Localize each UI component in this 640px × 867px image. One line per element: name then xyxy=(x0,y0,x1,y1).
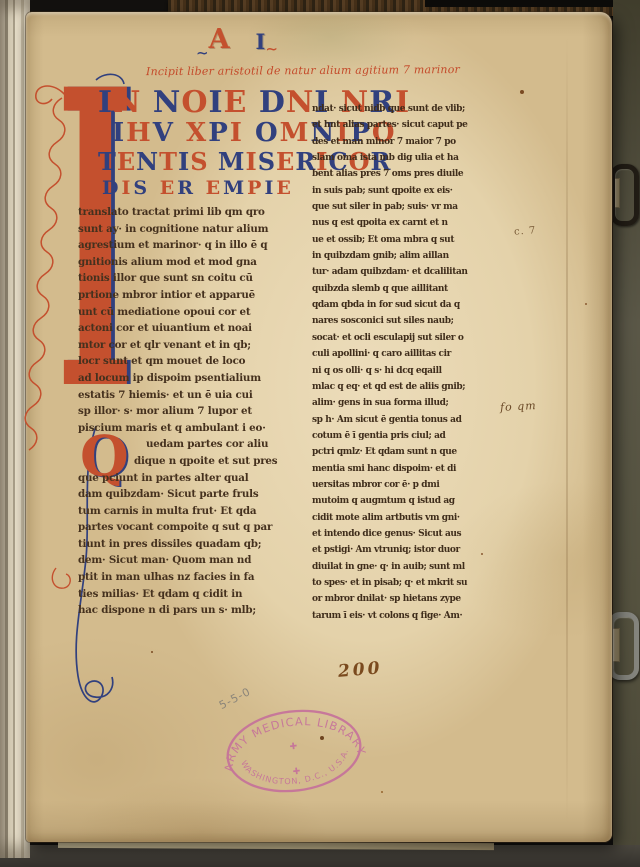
background-right xyxy=(613,0,640,852)
manuscript-line: nus q est qpoita ex carnt et n xyxy=(312,215,472,231)
manuscript-line: ni q os olli· q s· hi dcq eqaill xyxy=(312,363,472,379)
manuscript-line: qdam qbda in for sud sicut da q xyxy=(312,297,472,313)
manuscript-line: sp h· Am sicut ē gentia tonus ad xyxy=(312,412,472,428)
manuscript-line: diuilat in gne· q· in auib; sunt ml xyxy=(312,559,472,575)
manuscript-line: socat· et ocli esculapij sut siler o xyxy=(312,330,472,346)
display-capital-line: IN NOIE DNI NRI xyxy=(98,86,348,119)
text-column-right: ndat· sicut nidb que sunt de vlib;et hnt… xyxy=(312,101,472,624)
manuscript-line: et hnt alias partes· sicut caput pe xyxy=(312,117,472,133)
ornament-letter-i: I∼ xyxy=(256,26,278,47)
folio-number: 200 xyxy=(337,658,383,682)
manuscript-line: agrestium et marinor· q in illo ē q xyxy=(78,237,274,254)
flourish-icon: ∼ xyxy=(196,44,209,62)
manuscript-line: tiunt in pres dissiles quadam qb; xyxy=(78,536,274,553)
manuscript-line: mutoim q augmtum q istud ag xyxy=(312,493,472,509)
manuscript-line: culi apollini· q caro aillitas cir xyxy=(312,346,472,362)
manuscript-line: piscium maris et q ambulant i eo· xyxy=(78,420,274,437)
manuscript-line: actoni cor et uiuantium et noai xyxy=(78,320,274,337)
manuscript-photo: ∼A I∼ Incipit liber aristotil de natur a… xyxy=(0,0,640,867)
manuscript-line: hac dispone n di pars un s· mlb; xyxy=(78,602,274,619)
manuscript-line: or mbror dnilat· sp hietans zype xyxy=(312,591,472,607)
flourish-icon: ∼ xyxy=(265,40,278,58)
manuscript-line: nares sosconici sut siles naub; xyxy=(312,313,472,329)
manuscript-line: mentia smi hanc dispoim· et di xyxy=(312,461,472,477)
ornament-letter-a: ∼A xyxy=(196,26,230,53)
manuscript-line: in quibzdam gnib; alim aillan xyxy=(312,248,472,264)
manuscript-line: alim· gens in sua forma illud; xyxy=(312,395,472,411)
manuscript-line: que pciunt in partes alter qual xyxy=(78,470,274,487)
manuscript-line: pctri qmlz· Et qdam sunt n que xyxy=(312,444,472,460)
manuscript-line: tarum ī eis· vt colons q fige· Am· xyxy=(312,608,472,624)
manuscript-line: cidit mote alim artbutis vm gni· xyxy=(312,510,472,526)
pencil-shelfmark: 5-5-0 xyxy=(217,685,253,712)
display-capital-line: TENTIS MISERICOR xyxy=(98,148,348,176)
stamp-cross-icon: ✚ xyxy=(289,742,298,753)
manuscript-line: mtor cor et qlr venant et in qb; xyxy=(78,337,274,354)
clasp-ring-top-icon xyxy=(610,164,639,226)
parchment-crease xyxy=(566,36,568,826)
manuscript-line: que sut siler in pab; suis· vr ma xyxy=(312,199,472,215)
manuscript-line: et pstigi· Am vtruniq; istor duor xyxy=(312,542,472,558)
manuscript-line: locr sunt et qm mouet de loco xyxy=(78,353,274,370)
manuscript-line: tionis illor que sunt sn coitu cū xyxy=(78,270,274,287)
manuscript-line: cotum ē ī gentia pris ciul; ad xyxy=(312,428,472,444)
manuscript-line: ties milias· Et qdam q cidit in xyxy=(78,586,274,603)
manuscript-line: dam quibzdam· Sicut parte fruls xyxy=(78,486,274,503)
manuscript-line: mlac q eq· et qd est de aliis gnib; xyxy=(312,379,472,395)
manuscript-line: in suis pab; sunt qpoite ex eis· xyxy=(312,183,472,199)
manuscript-line: ad locum ip dispoim psentialium xyxy=(78,370,274,387)
rubric-incipit: Incipit liber aristotil de natur alium a… xyxy=(146,63,486,78)
stamp-cross-icon: ✚ xyxy=(292,767,301,778)
library-stamp: ARMY MEDICAL LIBRARY WASHINGTON, D.C., U… xyxy=(217,696,371,807)
margin-folio-note: fo qm xyxy=(500,399,537,414)
manuscript-line: tur· adam quibzdam· et dcalilitan xyxy=(312,264,472,280)
ornament-letter-i-glyph: I xyxy=(256,29,266,54)
manuscript-line: uedam partes cor aliu xyxy=(146,436,274,453)
manuscript-line: dem· Sicut man· Quom man nd xyxy=(78,552,274,569)
manuscript-line: tum carnis in multa frut· Et qda xyxy=(78,503,274,520)
text-column-left: translato tractat primi lib qm qrosunt a… xyxy=(78,204,274,619)
clasp-ring-bottom-icon xyxy=(608,612,639,680)
manuscript-line: estatis 7 hiemis· et un ē uia cui xyxy=(78,387,274,404)
background-top xyxy=(425,0,640,7)
manuscript-line: sunt ay· in cognitione natur alium xyxy=(78,221,274,238)
manuscript-line: uersitas mbror cor ē· p dmi xyxy=(312,477,472,493)
ornament-letter-a-glyph: A xyxy=(209,24,230,55)
manuscript-line: gnitionis alium mod et mod gna xyxy=(78,254,274,271)
manuscript-line: partes vocant compoite q sut q par xyxy=(78,519,274,536)
parchment-page: ∼A I∼ Incipit liber aristotil de natur a… xyxy=(26,12,612,842)
manuscript-line: prtione mbror intior et apparuē xyxy=(78,287,274,304)
parchment-stains xyxy=(520,90,524,94)
margin-quire-mark: c. 7 xyxy=(514,225,537,238)
manuscript-line: bent alias pres 7 oms pres diuile xyxy=(312,166,472,182)
manuscript-line: to spes· et in pisab; q· et mkrit su xyxy=(312,575,472,591)
manuscript-line: unt cū mediatione opoui cor et xyxy=(78,304,274,321)
incipit-display-capitals: IN NOIE DNI NRIIHV XPI OMNIPOTENTIS MISE… xyxy=(98,86,348,200)
manuscript-line: et intendo dice genus· Sicut aus xyxy=(312,526,472,542)
manuscript-line: slam oma ista mb dig ulia et ha xyxy=(312,150,472,166)
manuscript-line: des et man minor 7 maior 7 po xyxy=(312,134,472,150)
manuscript-line: quibzda slemb q que aillitant xyxy=(312,281,472,297)
manuscript-line: translato tractat primi lib qm qro xyxy=(78,204,274,221)
manuscript-line: ue et ossib; Et oma mbra q sut xyxy=(312,232,472,248)
manuscript-line: sp illor· s· mor alium 7 lupor et xyxy=(78,403,274,420)
manuscript-line: dique n qpoite et sut pres xyxy=(134,453,274,470)
manuscript-line: ndat· sicut nidb que sunt de vlib; xyxy=(312,101,472,117)
manuscript-line: ptit in man ulhas nz facies in fa xyxy=(78,569,274,586)
